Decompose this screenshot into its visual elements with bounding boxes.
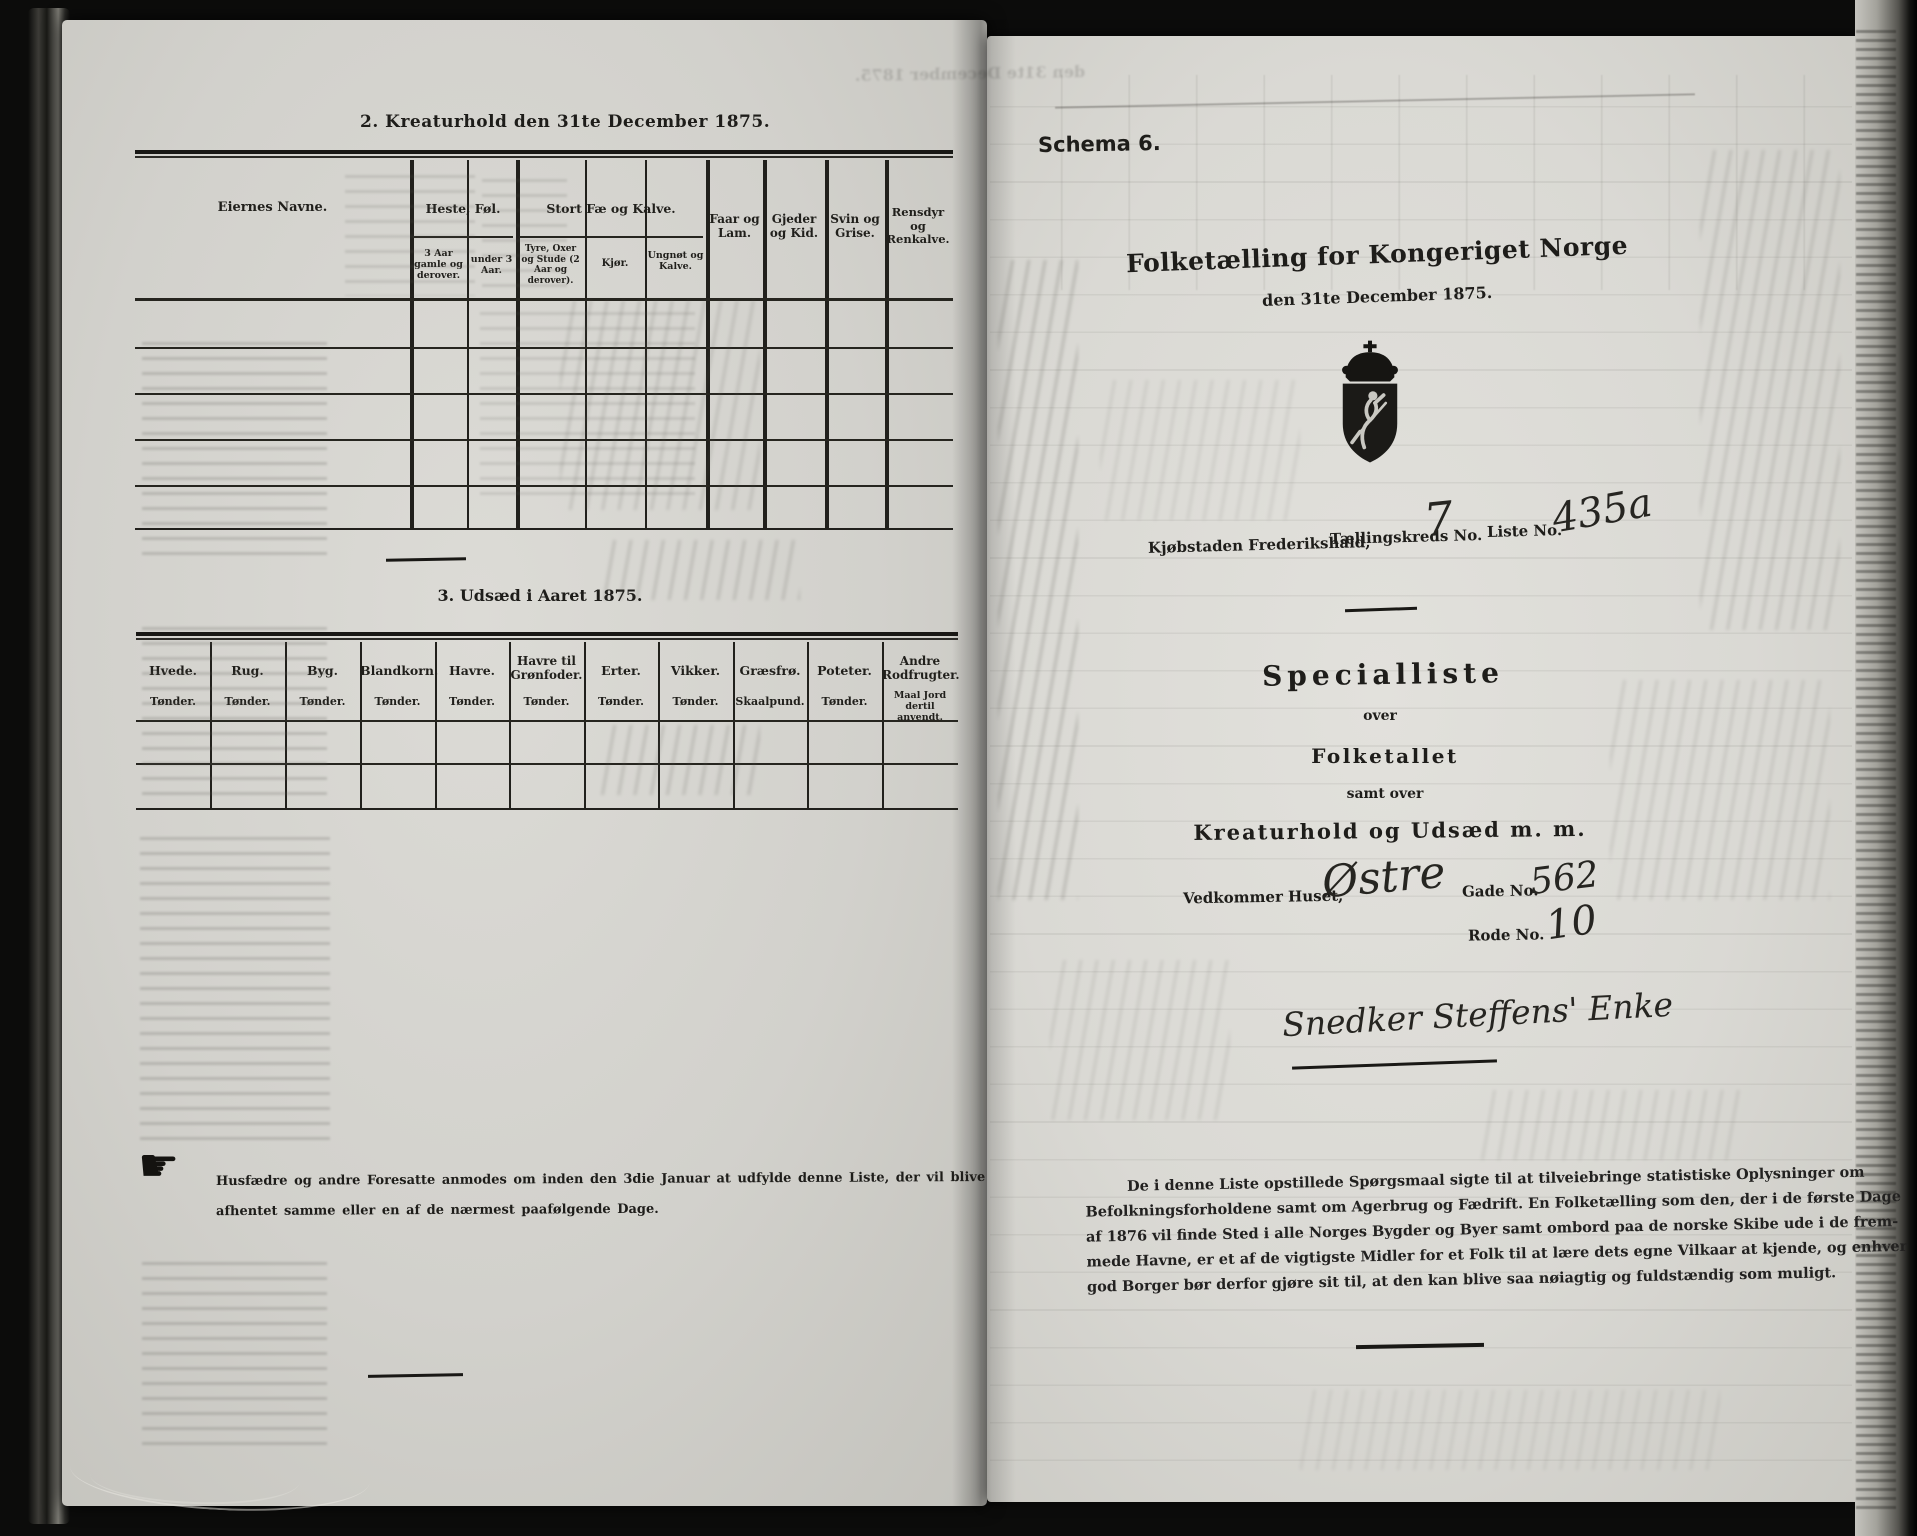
vedkommer-value-handwritten: Østre: [1320, 847, 1447, 909]
norwegian-coat-of-arms-icon: [1327, 338, 1413, 468]
vedkommer-label: Vedkommer Huset,: [1183, 887, 1344, 908]
gade-value-handwritten: 562: [1528, 854, 1601, 903]
bleedthrough-text-block: [482, 172, 567, 292]
bleedthrough-handwriting: [1100, 380, 1300, 520]
header-bottom-rule: [135, 298, 953, 301]
bleedthrough-handwriting: [560, 300, 760, 510]
header-svin-grise: Svin og Grise.: [825, 212, 885, 240]
bleedthrough-handwriting: [1610, 680, 1830, 900]
bleedthrough-handwriting: [1480, 1090, 1740, 1160]
bleedthrough-handwriting: [1700, 150, 1840, 630]
bleedthrough-text-block: [142, 620, 327, 795]
unit-blandkorn: Tønder.: [360, 696, 435, 709]
scanned-census-document: den 31te December 1875. 2. Kreaturhold d…: [0, 0, 1917, 1536]
unit-poteter: Tønder.: [807, 696, 882, 709]
schema-label: Schema 6.: [1038, 131, 1161, 157]
specialliste-title: Specialliste: [1258, 656, 1508, 692]
gade-label: Gade No.: [1462, 881, 1539, 900]
unit-vikker: Tønder.: [658, 696, 733, 709]
samt-over-words: samt over: [1330, 786, 1440, 802]
header-blandkorn: Blandkorn.: [360, 664, 435, 679]
liste-label: Liste No.: [1487, 521, 1563, 541]
bleedthrough-text-block: [142, 335, 327, 560]
header-ungnoet: Ungnøt og Kalve.: [646, 250, 705, 272]
bleedthrough-handwriting: [600, 540, 800, 600]
header-poteter: Poteter.: [807, 664, 882, 679]
unit-havre: Tønder.: [435, 696, 509, 709]
footnote-line2: afhentet samme eller en af de nærmest pa…: [216, 1202, 659, 1219]
header-faar-lam: Faar og Lam.: [706, 212, 763, 240]
bleedthrough-handwriting: [600, 725, 760, 795]
unit-havre-groenfoder: Tønder.: [509, 696, 584, 709]
table-top-rule-inner: [135, 156, 953, 158]
kreaturhold-line: Kreaturhold og Udsæd m. m.: [1190, 816, 1590, 845]
header-kjoer: Kjør.: [585, 258, 645, 270]
rode-label: Rode No.: [1468, 925, 1545, 944]
section2-title: 2. Kreaturhold den 31te December 1875.: [360, 112, 720, 132]
unit-graesfroe: Skaalpund.: [733, 696, 807, 709]
header-havre-groenfoder: Havre til Grønfoder.: [509, 654, 584, 682]
header-gjeder-kid: Gjeder og Kid.: [763, 212, 825, 240]
header-graesfroe: Græsfrø.: [733, 664, 807, 679]
header-rodfrugter: Andre Rodfrugter.: [882, 654, 958, 682]
table-top-rule: [135, 150, 953, 154]
tellingskreds-value-handwritten: 7: [1421, 491, 1456, 548]
bleedthrough-handwriting: [1050, 960, 1230, 1120]
folketallet-word: Folketallet: [1300, 744, 1470, 768]
bleedthrough-handwriting: [1300, 1390, 1720, 1470]
bleedthrough-text-block: [142, 1255, 327, 1445]
header-vikker: Vikker.: [658, 664, 733, 679]
info-paragraph: De i denne Liste opstillede Spørgsmaal s…: [1085, 1161, 1777, 1299]
over-word: over: [1345, 708, 1415, 724]
header-rensdyr: Rensdyr og Renkalve.: [885, 206, 951, 247]
header-havre: Havre.: [435, 664, 509, 679]
rode-value-handwritten: 10: [1543, 897, 1600, 950]
bleedthrough-text-block: [345, 168, 475, 296]
unit-rodfrugter: Maal Jord dertil anvendt.: [882, 690, 958, 724]
unit-erter: Tønder.: [584, 696, 658, 709]
bleedthrough-text-block: [140, 830, 330, 1150]
adjacent-page-text-lines: [1856, 30, 1896, 1510]
header-erter: Erter.: [584, 664, 658, 679]
bleedthrough-handwriting: [998, 260, 1078, 900]
